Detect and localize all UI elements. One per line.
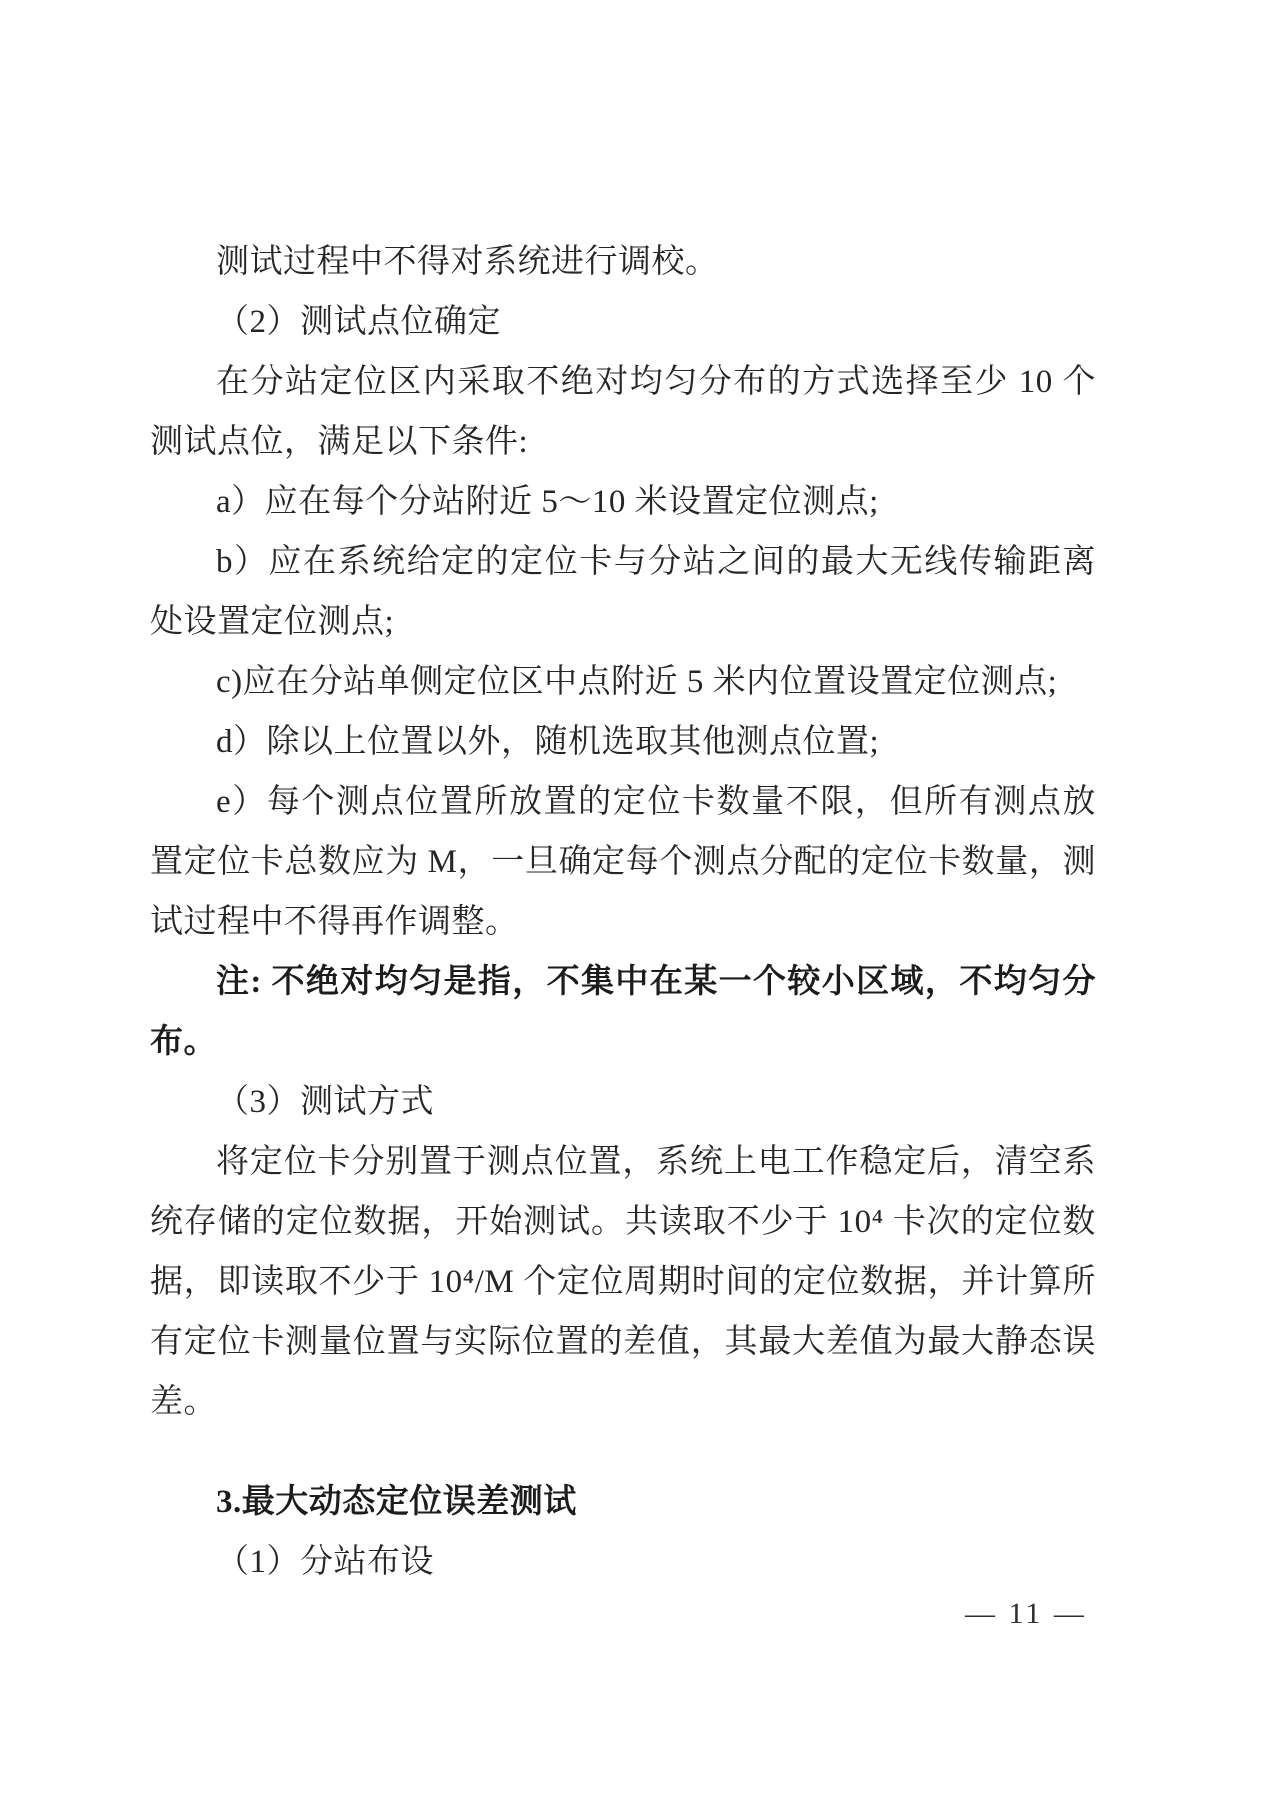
text-line: （1）分站布设 — [150, 1532, 1096, 1592]
text-line: （2）测试点位确定 — [150, 292, 1096, 352]
document-page: 测试过程中不得对系统进行调校。（2）测试点位确定在分站定位区内采取不绝对均匀分布… — [0, 0, 1280, 1810]
text-line: e）每个测点位置所放置的定位卡数量不限，但所有测点放 — [150, 772, 1096, 832]
text-line: 注: 不绝对均匀是指，不集中在某一个较小区域，不均匀分 — [150, 952, 1096, 1012]
text-line: 据，即读取不少于 10⁴/M 个定位周期时间的定位数据，并计算所 — [150, 1252, 1096, 1312]
text-line: 布。 — [150, 1012, 1096, 1072]
text-line: 有定位卡测量位置与实际位置的差值，其最大差值为最大静态误 — [150, 1312, 1096, 1372]
text-line: 置定位卡总数应为 M，一旦确定每个测点分配的定位卡数量，测 — [150, 832, 1096, 892]
text-line: a）应在每个分站附近 5～10 米设置定位测点; — [150, 472, 1096, 532]
text-line: 测试过程中不得对系统进行调校。 — [150, 232, 1096, 292]
text-line: 试过程中不得再作调整。 — [150, 892, 1096, 952]
text-line: 统存储的定位数据，开始测试。共读取不少于 10⁴ 卡次的定位数 — [150, 1192, 1096, 1252]
text-line: 在分站定位区内采取不绝对均匀分布的方式选择至少 10 个 — [150, 352, 1096, 412]
document-body: 测试过程中不得对系统进行调校。（2）测试点位确定在分站定位区内采取不绝对均匀分布… — [150, 232, 1096, 1592]
text-line: （3）测试方式 — [150, 1072, 1096, 1132]
text-line: 将定位卡分别置于测点位置，系统上电工作稳定后，清空系 — [150, 1132, 1096, 1192]
text-line: c)应在分站单侧定位区中点附近 5 米内位置设置定位测点; — [150, 652, 1096, 712]
text-line: b）应在系统给定的定位卡与分站之间的最大无线传输距离 — [150, 532, 1096, 592]
page-number: — 11 — — [965, 1594, 1087, 1634]
text-line: 测试点位，满足以下条件: — [150, 412, 1096, 472]
text-line: 差。 — [150, 1372, 1096, 1432]
text-line: 处设置定位测点; — [150, 592, 1096, 652]
text-line: d）除以上位置以外，随机选取其他测点位置; — [150, 712, 1096, 772]
text-line: 3.最大动态定位误差测试 — [150, 1472, 1096, 1532]
